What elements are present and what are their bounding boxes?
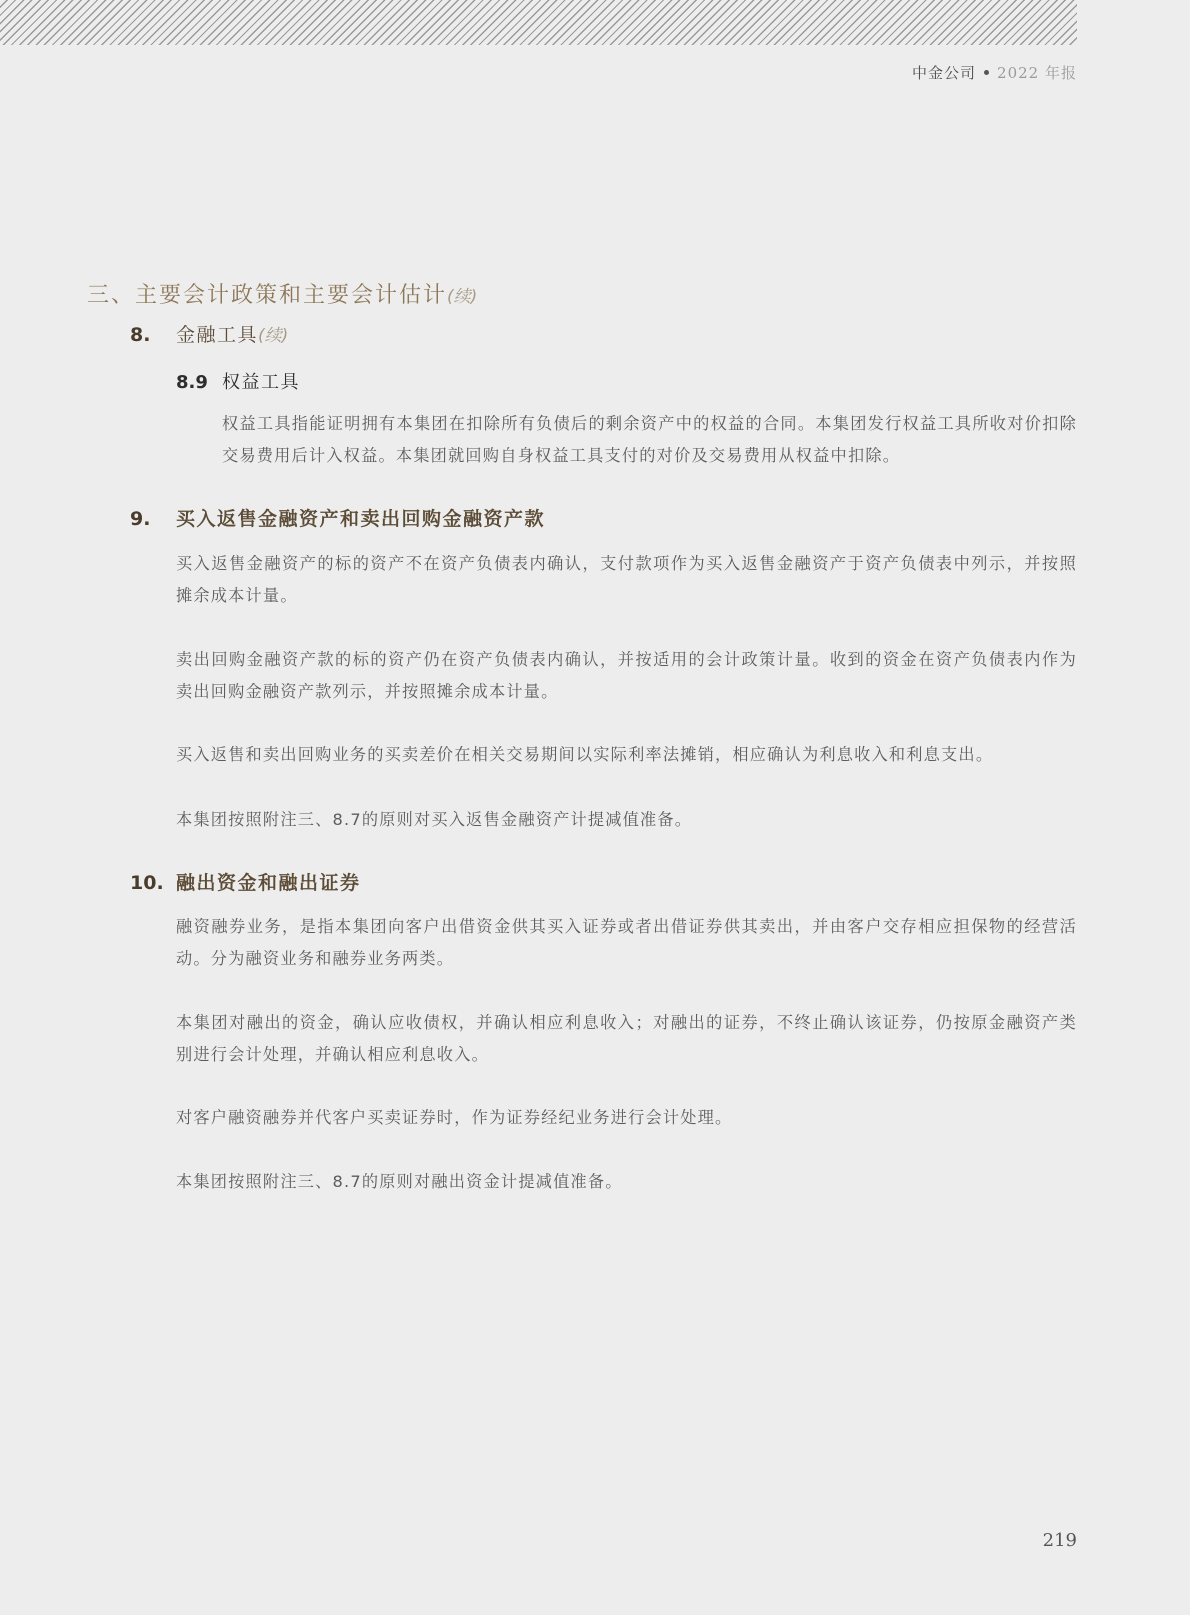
paragraph-10-4: 本集团按照附注三、8.7的原则对融出资金计提减值准备。 — [176, 1166, 1077, 1198]
paragraph-10-3: 对客户融资融券并代客户买卖证券时，作为证券经纪业务进行会计处理。 — [176, 1102, 1077, 1134]
heading-item-8: 8.金融工具(续) — [130, 320, 288, 347]
page-number: 219 — [1043, 1530, 1077, 1551]
subheading-text: 权益工具 — [222, 372, 300, 393]
heading-text: 金融工具 — [176, 324, 258, 346]
paragraph-10-2: 本集团对融出的资金，确认应收债权，并确认相应利息收入；对融出的证券，不终止确认该… — [176, 1007, 1077, 1071]
paragraph-9-2: 卖出回购金融资产款的标的资产仍在资产负债表内确认，并按适用的会计政策计量。收到的… — [176, 644, 1077, 708]
subheading-number: 8.9 — [176, 372, 222, 393]
section-title-text: 三、主要会计政策和主要会计估计 — [87, 283, 447, 308]
heading-text: 融出资金和融出证券 — [176, 872, 361, 894]
paragraph-9-1: 买入返售金融资产的标的资产不在资产负债表内确认，支付款项作为买入返售金融资产于资… — [176, 548, 1077, 612]
section-title: 三、主要会计政策和主要会计估计(续) — [87, 278, 477, 309]
paragraph-8-9-1: 权益工具指能证明拥有本集团在扣除所有负债后的剩余资产中的权益的合同。本集团发行权… — [222, 408, 1077, 472]
bullet-separator-icon — [984, 70, 989, 75]
heading-item-8-9: 8.9权益工具 — [176, 368, 300, 394]
heading-number: 10. — [130, 872, 176, 894]
running-header: 中金公司2022 年报 — [912, 62, 1077, 83]
continued-label: (续) — [447, 287, 477, 307]
continued-label: (续) — [258, 326, 288, 346]
heading-number: 8. — [130, 324, 176, 346]
decorative-hatch-band — [0, 0, 1077, 45]
heading-number: 9. — [130, 508, 176, 530]
heading-text: 买入返售金融资产和卖出回购金融资产款 — [176, 508, 545, 530]
paragraph-9-4: 本集团按照附注三、8.7的原则对买入返售金融资产计提减值准备。 — [176, 804, 1077, 836]
report-name: 2022 年报 — [997, 64, 1077, 82]
heading-item-9: 9.买入返售金融资产和卖出回购金融资产款 — [130, 504, 545, 531]
paragraph-9-3: 买入返售和卖出回购业务的买卖差价在相关交易期间以实际利率法摊销，相应确认为利息收… — [176, 739, 1077, 771]
heading-item-10: 10.融出资金和融出证券 — [130, 868, 361, 895]
paragraph-10-1: 融资融券业务，是指本集团向客户出借资金供其买入证券或者出借证券供其卖出，并由客户… — [176, 911, 1077, 975]
company-name: 中金公司 — [912, 64, 976, 82]
